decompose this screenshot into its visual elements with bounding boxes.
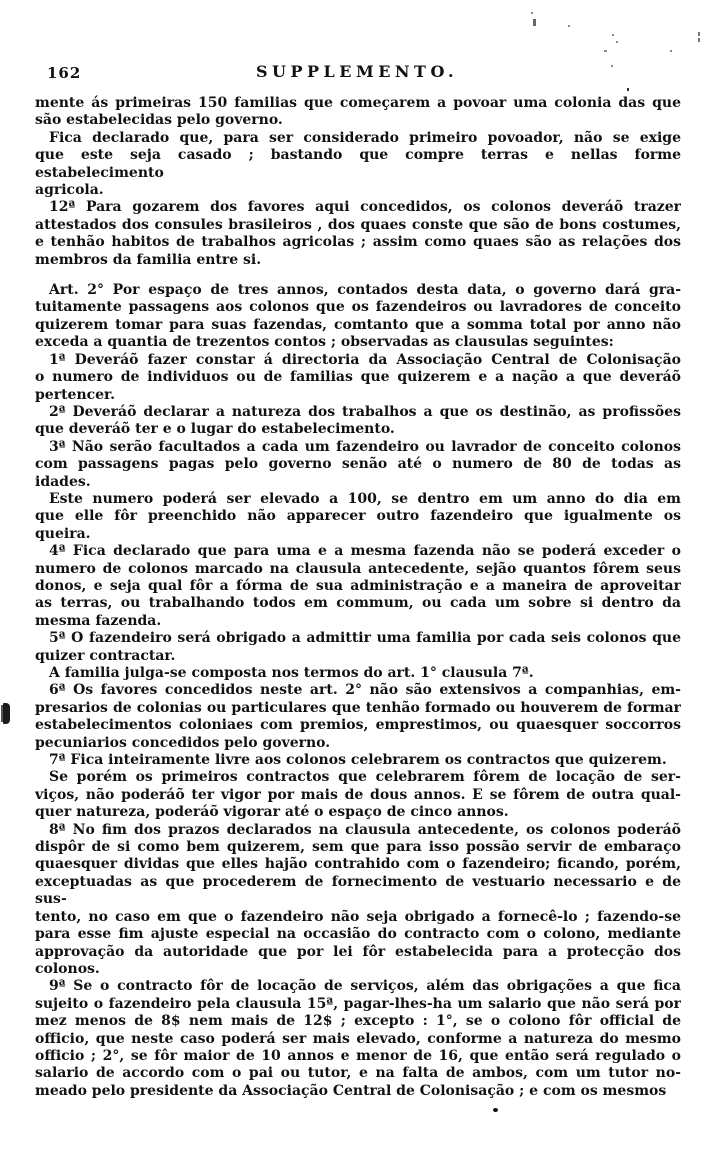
page-text: mente ás primeiras 150 familias que come… (35, 95, 681, 1100)
text-line: membros da familia entre si. (35, 252, 681, 269)
text-line: pecuniarios concedidos pelo governo. (35, 735, 681, 752)
text-line: quizer contractar. (35, 648, 681, 665)
text-line: salario de accordo com o pai ou tutor, e… (35, 1065, 681, 1082)
text-line: pertencer. (35, 387, 681, 404)
ink-speck (611, 65, 613, 67)
text-line: numero de colonos marcado na clausula an… (35, 561, 681, 578)
paragraph: 3ª Não serão facultados a cada um fazend… (35, 439, 681, 491)
text-line: 6ª Os favores concedidos neste art. 2° n… (35, 682, 681, 699)
scanned-book-page: 162 SUPPLEMENTO. mente ás primeiras 150 … (0, 0, 714, 1150)
text-line: sujeito o fazendeiro pela clausula 15ª, … (35, 996, 681, 1013)
text-line: 1ª Deveráõ fazer constar á directoria da… (35, 352, 681, 369)
paragraph: 1ª Deveráõ fazer constar á directoria da… (35, 352, 681, 404)
paragraph: Se porém os primeiros contractos que cel… (35, 769, 681, 821)
ink-speck (531, 12, 533, 14)
text-line: as terras, ou trabalhando todos em commu… (35, 595, 681, 612)
text-line: officio, que neste caso poderá ser mais … (35, 1031, 681, 1048)
text-line: 8ª No fim dos prazos declarados na claus… (35, 822, 681, 839)
text-line: exceptuadas as que procederem de forneci… (35, 874, 681, 909)
ink-dot (493, 1108, 498, 1112)
text-line: 2ª Deveráõ declarar a natureza dos traba… (35, 404, 681, 421)
text-line: 4ª Fica declarado que para uma e a mesma… (35, 543, 681, 560)
text-line: que este seja casado ; bastando que comp… (35, 147, 681, 182)
text-line: são estabelecidas pelo governo. (35, 112, 681, 129)
running-head-title: SUPPLEMENTO. (0, 62, 714, 81)
text-line: com passagens pagas pelo governo senão a… (35, 456, 681, 473)
ink-speck (604, 50, 607, 52)
text-line: estabelecimentos coloniaes com premios, … (35, 717, 681, 734)
text-line: 12ª Para gozarem dos favores aqui conced… (35, 199, 681, 216)
text-line: exceda a quantia de trezentos contos ; o… (35, 334, 681, 351)
text-line: Art. 2° Por espaço de tres annos, contad… (35, 282, 681, 299)
text-line: 7ª Fica inteiramente livre aos colonos c… (35, 752, 681, 769)
ink-speck (627, 88, 629, 91)
text-line: colonos. (35, 961, 681, 978)
ink-speck (612, 34, 614, 36)
text-line: tuitamente passagens aos colonos que os … (35, 299, 681, 316)
text-line: queira. (35, 526, 681, 543)
text-line: mente ás primeiras 150 familias que come… (35, 95, 681, 112)
text-line: 3ª Não serão facultados a cada um fazend… (35, 439, 681, 456)
text-line: A familia julga-se composta nos termos d… (35, 665, 681, 682)
text-line: o numero de individuos ou de familias qu… (35, 369, 681, 386)
paragraph: 9ª Se o contracto fôr de locação de serv… (35, 978, 681, 1100)
ink-speck (670, 50, 672, 52)
text-line: attestados dos consules brasileiros , do… (35, 217, 681, 234)
text-line: tento, no caso em que o fazendeiro não s… (35, 909, 681, 926)
text-line: idades. (35, 474, 681, 491)
text-line: e tenhão habitos de trabalhos agricolas … (35, 234, 681, 251)
paragraph: 7ª Fica inteiramente livre aos colonos c… (35, 752, 681, 769)
text-line: mesma fazenda. (35, 613, 681, 630)
text-line: mez menos de 8$ nem mais de 12$ ; except… (35, 1013, 681, 1030)
paragraph: 12ª Para gozarem dos favores aqui conced… (35, 199, 681, 269)
paragraph: Art. 2° Por espaço de tres annos, contad… (35, 282, 681, 352)
ink-speck (533, 19, 536, 26)
text-line: Este numero poderá ser elevado a 100, se… (35, 491, 681, 508)
paragraph: 8ª No fim dos prazos declarados na claus… (35, 822, 681, 979)
text-line: para esse fim ajuste especial na occasiã… (35, 926, 681, 943)
text-line: Fica declarado que, para ser considerado… (35, 130, 681, 147)
paragraph: Este numero poderá ser elevado a 100, se… (35, 491, 681, 543)
text-line: quizerem tomar para suas fazendas, comta… (35, 317, 681, 334)
text-line: officio ; 2°, se fôr maior de 10 annos e… (35, 1048, 681, 1065)
paragraph: 4ª Fica declarado que para uma e a mesma… (35, 543, 681, 630)
paragraph: Fica declarado que, para ser considerado… (35, 130, 681, 200)
text-line: 9ª Se o contracto fôr de locação de serv… (35, 978, 681, 995)
ink-speck (698, 32, 700, 36)
text-line: quer natureza, poderáõ vigorar até o esp… (35, 804, 681, 821)
text-line: quaesquer dividas que elles hajão contra… (35, 856, 681, 873)
text-line: dispôr de si como bem quizerem, sem que … (35, 839, 681, 856)
paragraph: 2ª Deveráõ declarar a natureza dos traba… (35, 404, 681, 439)
text-line: presarios de colonias ou particulares qu… (35, 700, 681, 717)
text-line: que elle fôr preenchido não apparecer ou… (35, 508, 681, 525)
ink-blot (3, 703, 10, 724)
text-line: viços, não poderáõ ter vigor por mais de… (35, 787, 681, 804)
text-line: agricola. (35, 182, 681, 199)
text-line: que deveráõ ter e o lugar do estabelecim… (35, 421, 681, 438)
paragraph: mente ás primeiras 150 familias que come… (35, 95, 681, 130)
text-line: meado pelo presidente da Associação Cent… (35, 1083, 681, 1100)
text-line: approvação da autoridade que por lei fôr… (35, 944, 681, 961)
paragraph: 6ª Os favores concedidos neste art. 2° n… (35, 682, 681, 752)
ink-speck (568, 25, 570, 27)
paragraph: 5ª O fazendeiro será obrigado a admittir… (35, 630, 681, 665)
ink-speck (698, 38, 700, 42)
text-line: donos, e seja qual fôr a fórma de sua ad… (35, 578, 681, 595)
paragraph: A familia julga-se composta nos termos d… (35, 665, 681, 682)
text-line: Se porém os primeiros contractos que cel… (35, 769, 681, 786)
text-line: 5ª O fazendeiro será obrigado a admittir… (35, 630, 681, 647)
ink-speck (616, 41, 618, 43)
